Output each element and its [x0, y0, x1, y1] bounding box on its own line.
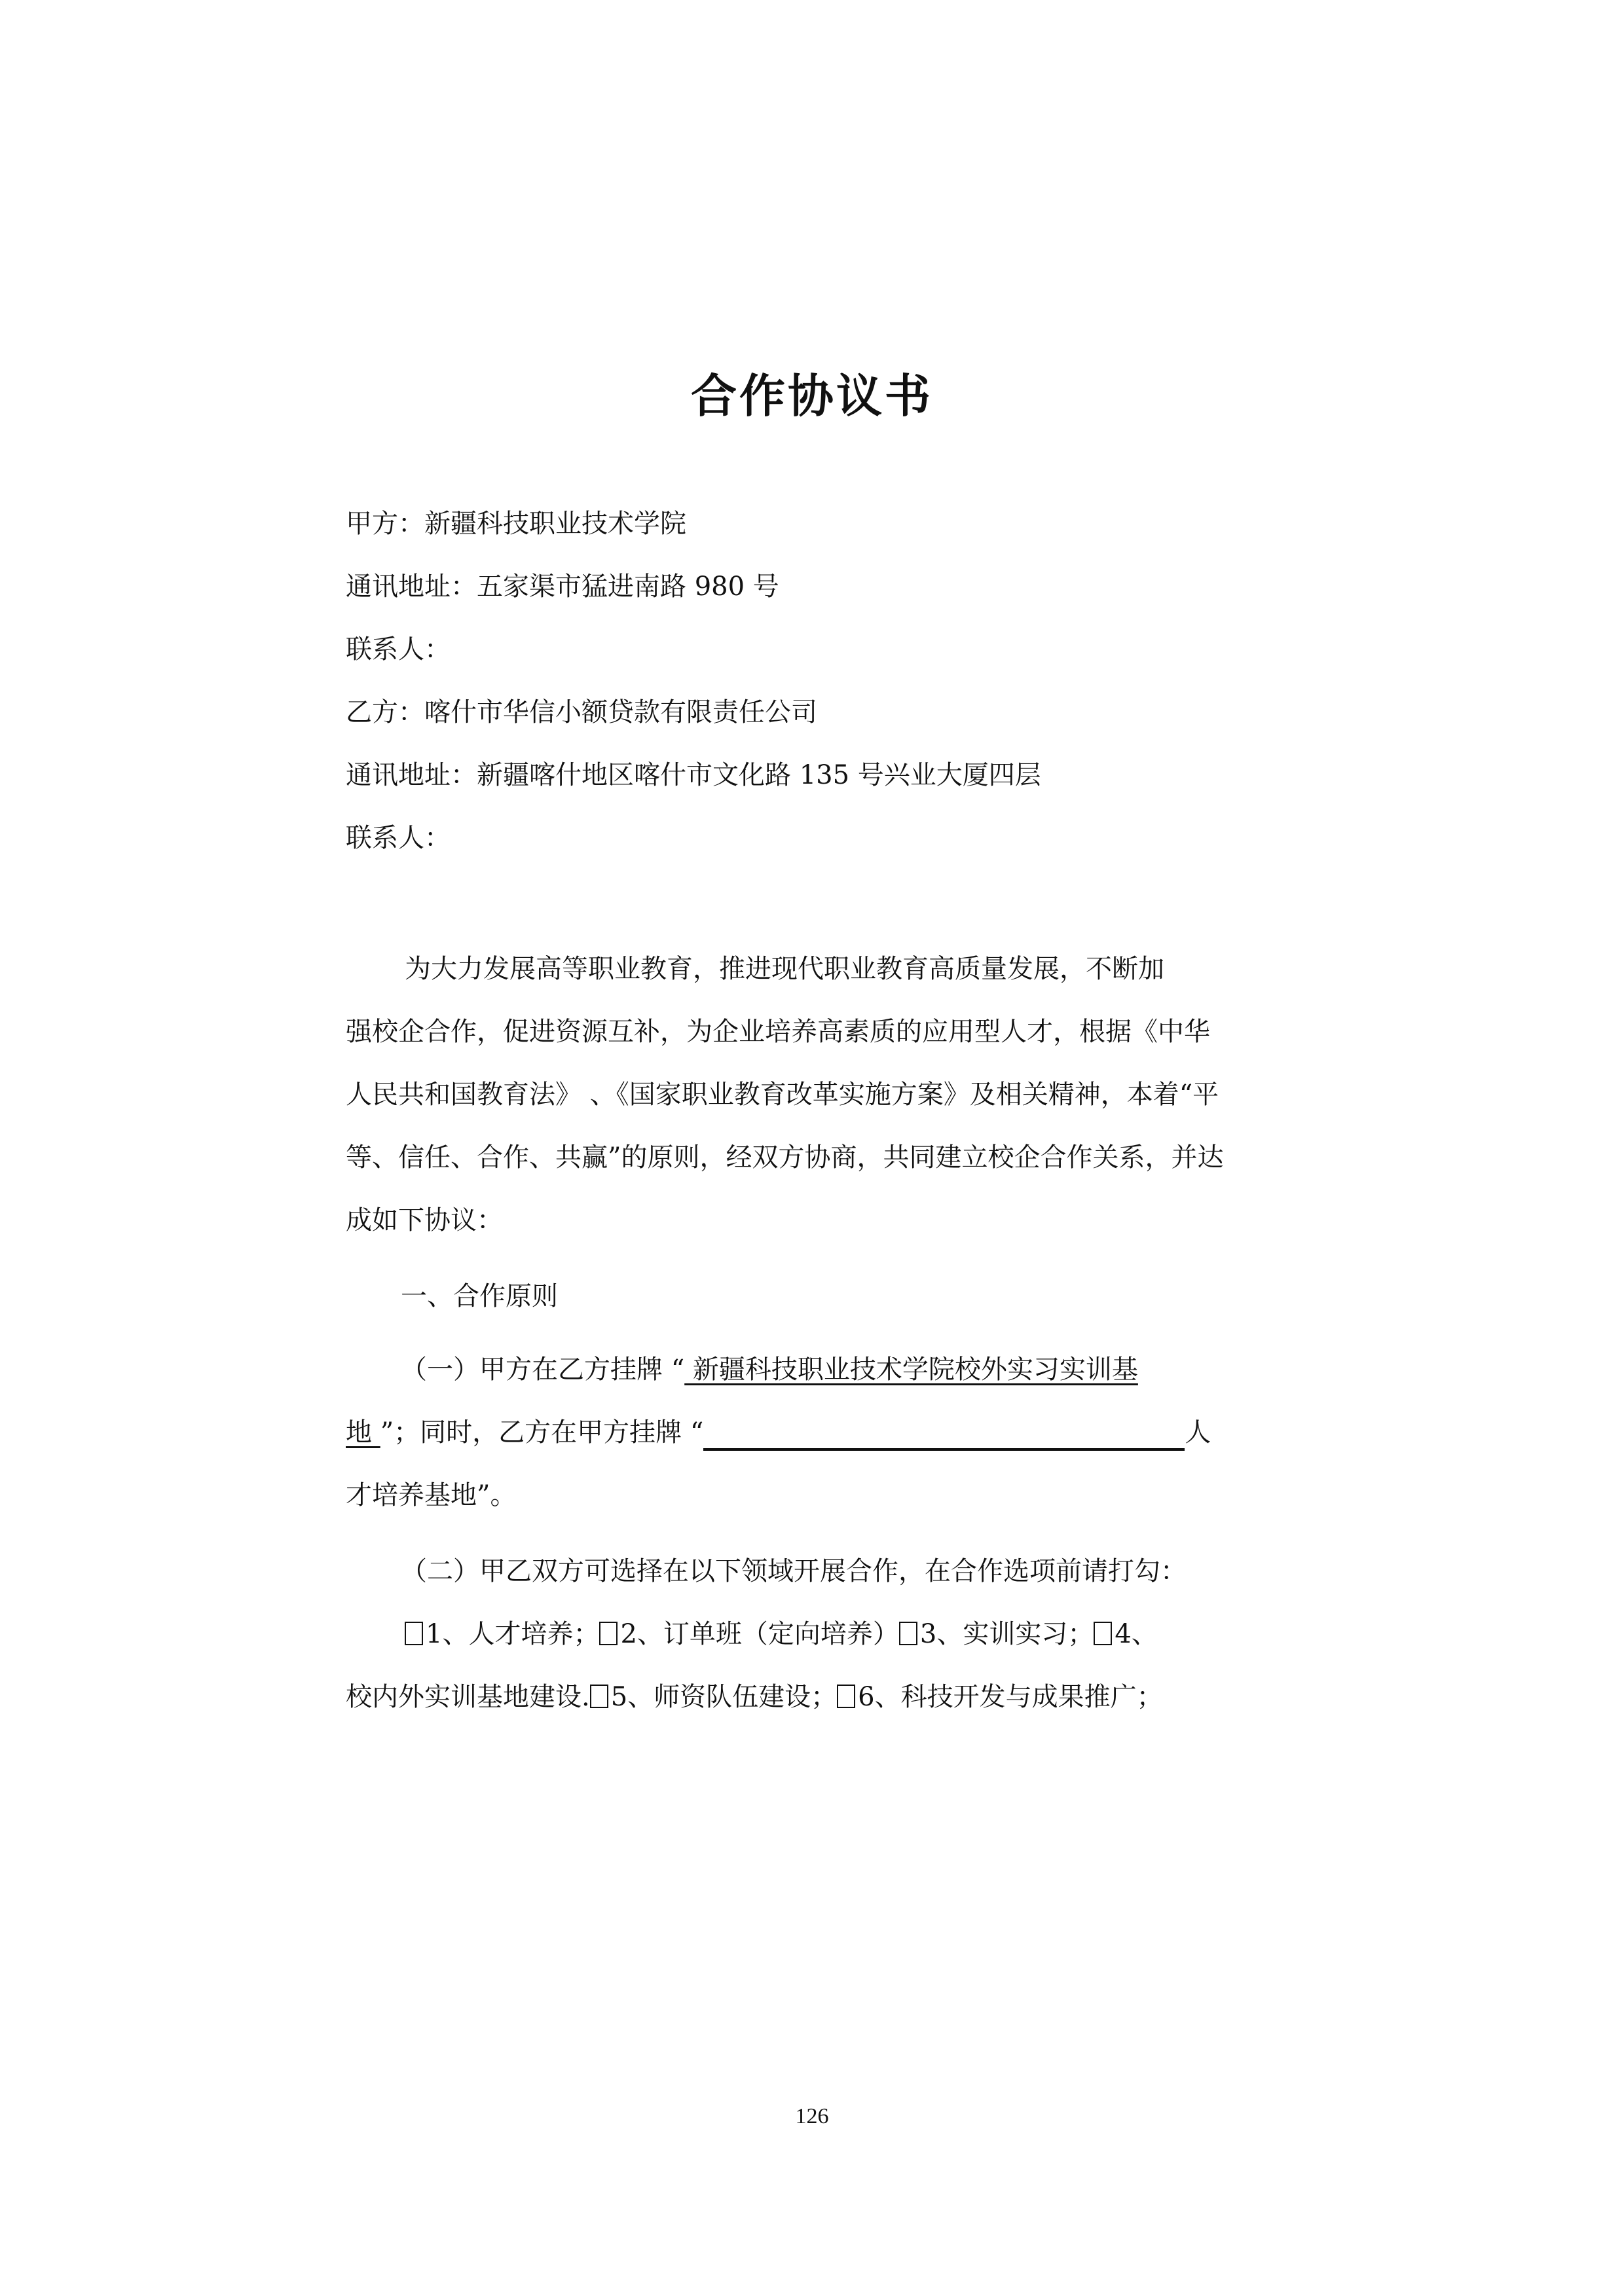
checkbox-icon[interactable] — [405, 1622, 423, 1645]
clause-1-base-name-part2: 地 — [346, 1417, 380, 1448]
clause-1-base-name-part1: 新疆科技职业技术学院校外实习实训基 — [684, 1355, 1138, 1385]
option-4[interactable]: 4、 — [1094, 1619, 1157, 1649]
talent-base-name-blank[interactable] — [703, 1419, 1185, 1451]
preamble-line-2: 强校企合作，促进资源互补，为企业培养高素质的应用型人才，根据《中华 — [346, 1013, 1210, 1050]
document-title: 合作协议书 — [0, 367, 1624, 426]
party-b-contact-label: 联系人： — [346, 823, 451, 853]
checkbox-icon[interactable] — [899, 1622, 917, 1645]
section-1-heading: 一、合作原则 — [401, 1278, 558, 1315]
option-1-label: 1、人才培养； — [426, 1619, 599, 1649]
option-4-label-part1: 4、 — [1115, 1619, 1157, 1649]
option-1[interactable]: 1、人才培养； — [405, 1619, 599, 1649]
party-b-name: 喀什市华信小额贷款有限责任公司 — [424, 697, 817, 727]
option-3[interactable]: 3、实训实习； — [899, 1619, 1094, 1649]
party-a-address: 五家渠市猛进南路 980 号 — [477, 572, 779, 602]
clause-1-line-2-end: 人 — [1185, 1417, 1211, 1448]
checkbox-icon[interactable] — [590, 1685, 608, 1708]
option-4-label-part2: 校内外实训基地建设. — [346, 1682, 590, 1712]
clause-2-options-line-1: 1、人才培养；2、订单班（定向培养）3、实训实习；4、 — [405, 1616, 1158, 1652]
option-5[interactable]: 5、师资队伍建设； — [590, 1682, 837, 1712]
clause-1-middle: ”；同时，乙方在甲方挂牌 “ — [380, 1417, 704, 1448]
party-a-label: 甲方： — [346, 509, 424, 539]
preamble-line-3: 人民共和国教育法》 、《国家职业教育改革实施方案》及相关精神，本着“平 — [346, 1076, 1219, 1113]
clause-1-line-3: 才培养基地”。 — [346, 1477, 516, 1514]
option-5-label: 5、师资队伍建设； — [611, 1682, 837, 1712]
party-b-contact-line: 联系人： — [346, 820, 451, 856]
document-page: 合作协议书 甲方：新疆科技职业技术学院 通讯地址：五家渠市猛进南路 980 号 … — [0, 0, 1624, 2296]
party-b-line: 乙方：喀什市华信小额贷款有限责任公司 — [346, 694, 817, 731]
clause-2-options-line-2: 校内外实训基地建设.5、师资队伍建设；6、科技开发与成果推广； — [346, 1679, 1163, 1715]
party-a-address-line: 通讯地址：五家渠市猛进南路 980 号 — [346, 568, 779, 605]
option-6[interactable]: 6、科技开发与成果推广； — [837, 1682, 1162, 1712]
page-number: 126 — [0, 2104, 1624, 2129]
clause-1-prefix: （一）甲方在乙方挂牌 “ — [401, 1355, 684, 1385]
party-a-address-label: 通讯地址： — [346, 572, 477, 602]
option-2-label: 2、订单班（定向培养） — [620, 1619, 898, 1649]
checkbox-icon[interactable] — [599, 1622, 618, 1645]
party-a-name: 新疆科技职业技术学院 — [424, 509, 686, 539]
party-a-line: 甲方：新疆科技职业技术学院 — [346, 505, 686, 542]
party-b-label: 乙方： — [346, 697, 424, 727]
clause-2-intro: （二）甲乙双方可选择在以下领域开展合作，在合作选项前请打勾： — [401, 1553, 1187, 1590]
clause-1-line-2: 地 ”；同时，乙方在甲方挂牌 “人 — [346, 1414, 1211, 1451]
party-b-address-line: 通讯地址：新疆喀什地区喀什市文化路 135 号兴业大厦四层 — [346, 757, 1041, 793]
option-6-label: 6、科技开发与成果推广； — [858, 1682, 1162, 1712]
preamble-line-1: 为大力发展高等职业教育，推进现代职业教育高质量发展，不断加 — [405, 951, 1164, 987]
option-2[interactable]: 2、订单班（定向培养） — [599, 1619, 898, 1649]
party-b-address-label: 通讯地址： — [346, 760, 477, 790]
preamble-line-5: 成如下协议： — [346, 1202, 503, 1239]
checkbox-icon[interactable] — [837, 1685, 855, 1708]
party-a-contact-line: 联系人： — [346, 631, 451, 668]
clause-1-line-1: （一）甲方在乙方挂牌 “ 新疆科技职业技术学院校外实习实训基 — [401, 1351, 1138, 1388]
option-3-label: 3、实训实习； — [920, 1619, 1094, 1649]
preamble-line-4: 等、信任、合作、共赢”的原则，经双方协商，共同建立校企合作关系，并达 — [346, 1139, 1223, 1176]
checkbox-icon[interactable] — [1094, 1622, 1112, 1645]
party-a-contact-label: 联系人： — [346, 634, 451, 665]
party-b-address: 新疆喀什地区喀什市文化路 135 号兴业大厦四层 — [477, 760, 1041, 790]
